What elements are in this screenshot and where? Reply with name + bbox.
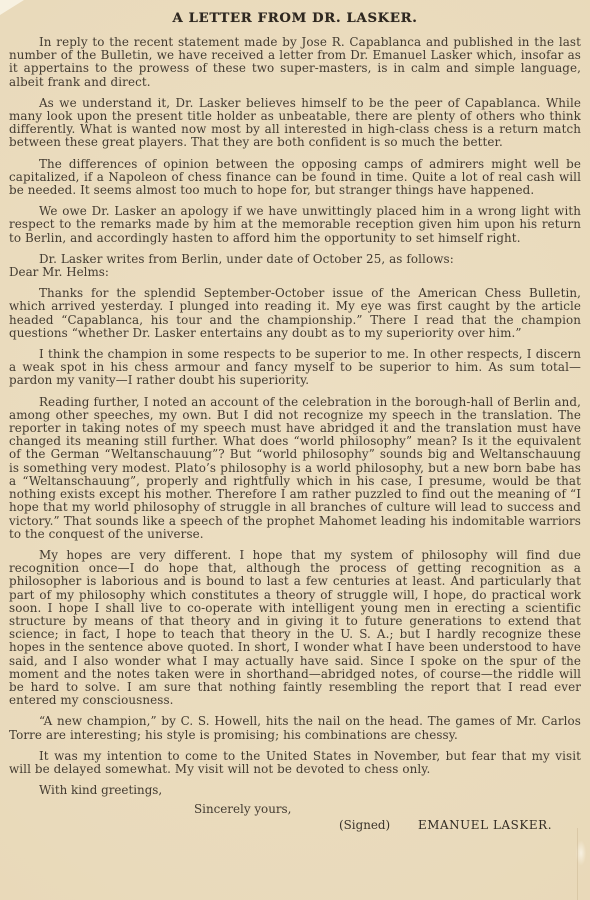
- letter-paragraph: My hopes are very different. I hope that…: [9, 549, 581, 707]
- paper-edge-crease: [577, 828, 578, 900]
- intro-paragraph: As we understand it, Dr. Lasker believes…: [9, 97, 581, 150]
- letter-paragraph: Reading further, I noted an account of t…: [9, 396, 581, 541]
- intro-paragraph: The differences of opinion between the o…: [9, 158, 581, 198]
- letter-salutation: Dear Mr. Helms:: [9, 266, 581, 279]
- signature-row: (Signed) EMANUEL LASKER.: [339, 819, 581, 832]
- signature-name: EMANUEL LASKER.: [418, 819, 552, 832]
- intro-paragraph: We owe Dr. Lasker an apology if we have …: [9, 205, 581, 245]
- letter-paragraph: It was my intention to come to the Unite…: [9, 750, 581, 776]
- letter-paragraph: I think the champion in some respects to…: [9, 348, 581, 388]
- letter-signoff: Sincerely yours,: [194, 803, 581, 816]
- signed-label: (Signed): [339, 819, 390, 832]
- page-title: A LETTER FROM DR. LASKER.: [9, 11, 581, 26]
- letter-paragraph: Thanks for the splendid September-Octobe…: [9, 287, 581, 340]
- intro-paragraph: In reply to the recent statement made by…: [9, 36, 581, 89]
- letter-paragraph: “A new champion,” by C. S. Howell, hits …: [9, 715, 581, 741]
- letter-closing: With kind greetings,: [9, 784, 581, 797]
- scanned-letter-page: A LETTER FROM DR. LASKER. In reply to th…: [0, 0, 590, 900]
